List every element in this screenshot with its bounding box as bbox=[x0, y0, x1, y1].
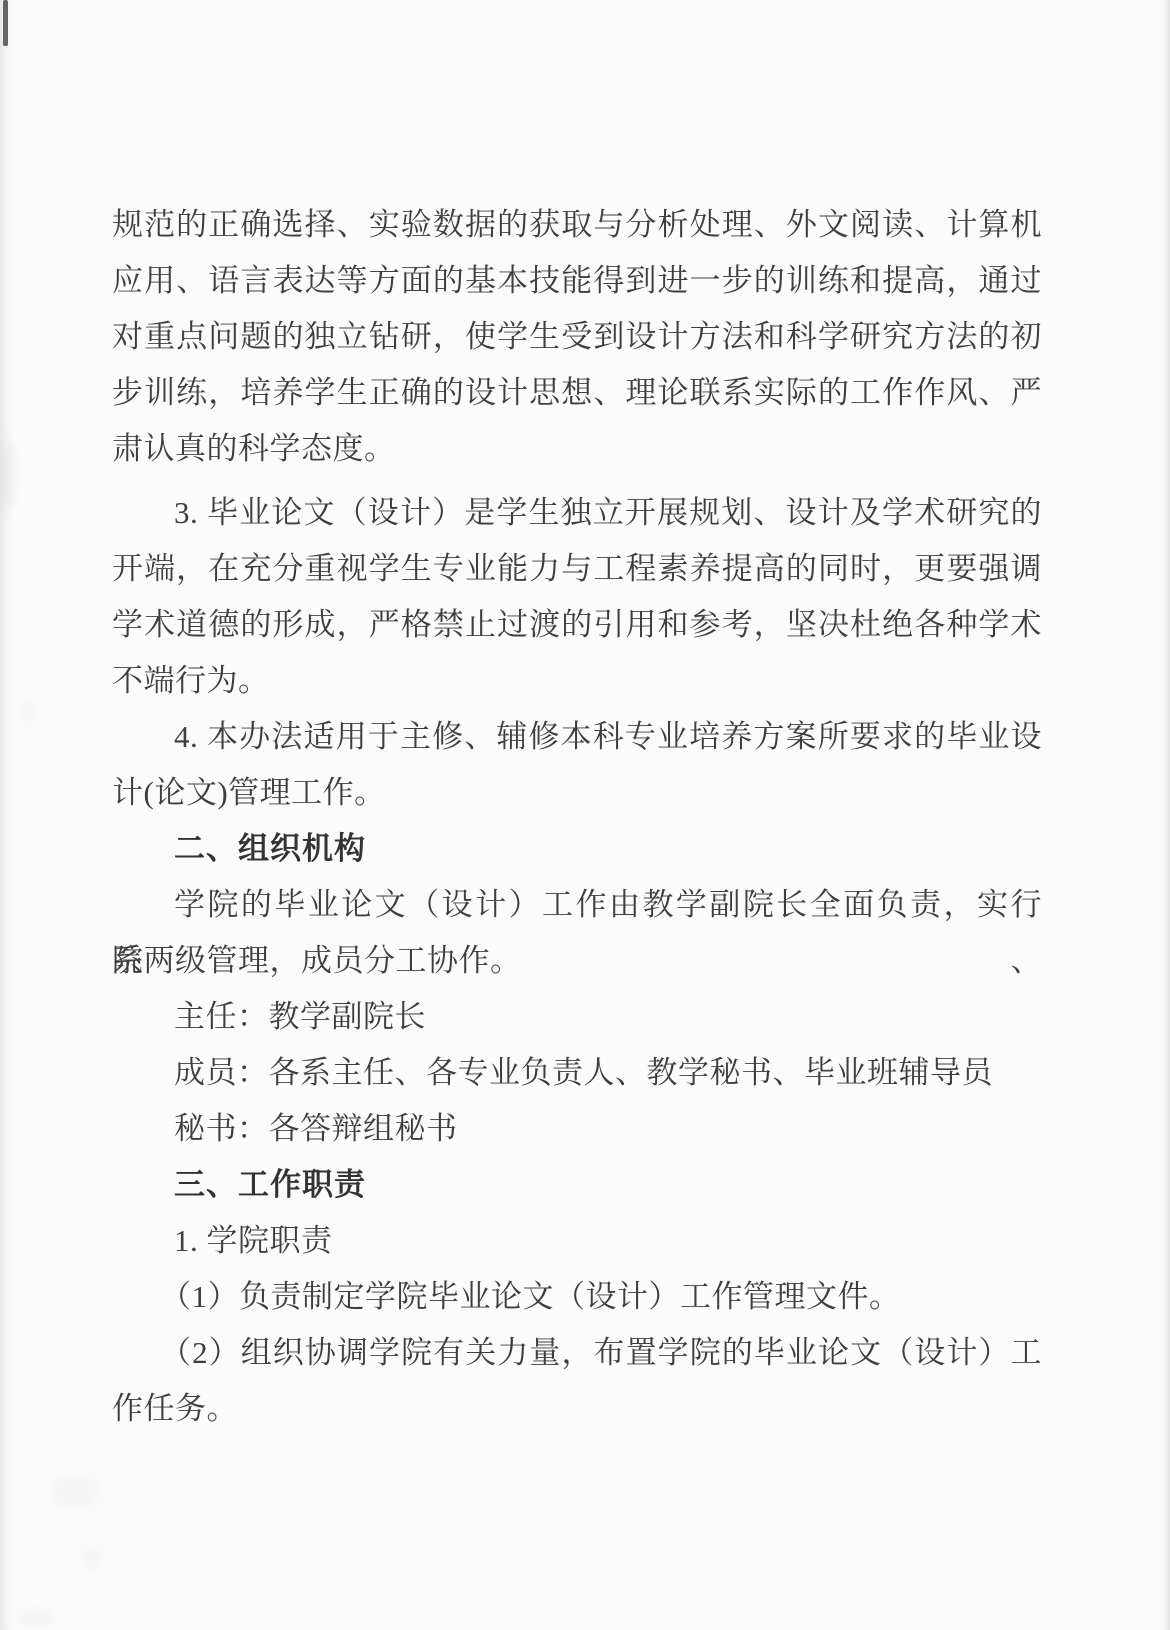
text-line: 秘书：各答辩组秘书 bbox=[112, 1101, 1042, 1157]
scan-artifact bbox=[50, 1475, 100, 1509]
text-line: 步训练，培养学生正确的设计思想、理论联系实际的工作作风、严 bbox=[112, 365, 1042, 421]
text-line: （1）负责制定学院毕业论文（设计）工作管理文件。 bbox=[112, 1269, 1042, 1325]
text-line: （2）组织协调学院有关力量，布置学院的毕业论文（设计）工 bbox=[112, 1325, 1042, 1381]
scan-artifact bbox=[16, 1610, 56, 1626]
text-line: 开端，在充分重视学生专业能力与工程素养提高的同时，更要强调 bbox=[112, 541, 1042, 597]
scan-edge-left bbox=[0, 0, 14, 1630]
document-body: 规范的正确选择、实验数据的获取与分析处理、外文阅读、计算机 应用、语言表达等方面… bbox=[112, 197, 1042, 1437]
text-line: 对重点问题的独立钻研，使学生受到设计方法和科学研究方法的初 bbox=[112, 309, 1042, 365]
scan-artifact bbox=[80, 1545, 104, 1571]
scan-artifact bbox=[2, 440, 12, 510]
text-line: 肃认真的科学态度。 bbox=[112, 421, 1042, 477]
text-line: 成员：各系主任、各专业负责人、教学秘书、毕业班辅导员 bbox=[112, 1045, 1042, 1101]
text-line: 1. 学院职责 bbox=[112, 1213, 1042, 1269]
scan-artifact bbox=[20, 700, 34, 726]
text-line: 规范的正确选择、实验数据的获取与分析处理、外文阅读、计算机 bbox=[112, 197, 1042, 253]
text-line: 作任务。 bbox=[112, 1381, 1042, 1437]
text-line: 学院的毕业论文（设计）工作由教学副院长全面负责，实行院、 bbox=[112, 877, 1042, 933]
scan-edge-right bbox=[1163, 0, 1170, 1630]
section-heading: 二、组织机构 bbox=[112, 821, 1042, 877]
text-line: 4. 本办法适用于主修、辅修本科专业培养方案所要求的毕业设 bbox=[112, 709, 1042, 765]
section-heading: 三、工作职责 bbox=[112, 1157, 1042, 1213]
text-line: 不端行为。 bbox=[112, 653, 1042, 709]
document-page: 规范的正确选择、实验数据的获取与分析处理、外文阅读、计算机 应用、语言表达等方面… bbox=[0, 0, 1170, 1630]
text-line: 应用、语言表达等方面的基本技能得到进一步的训练和提高，通过 bbox=[112, 253, 1042, 309]
text-line: 主任：教学副院长 bbox=[112, 989, 1042, 1045]
text-line: 3. 毕业论文（设计）是学生独立开展规划、设计及学术研究的 bbox=[112, 485, 1042, 541]
text-line: 计(论文)管理工作。 bbox=[112, 765, 1042, 821]
scan-artifact bbox=[3, 0, 8, 46]
text-line: 学术道德的形成，严格禁止过渡的引用和参考，坚决杜绝各种学术 bbox=[112, 597, 1042, 653]
